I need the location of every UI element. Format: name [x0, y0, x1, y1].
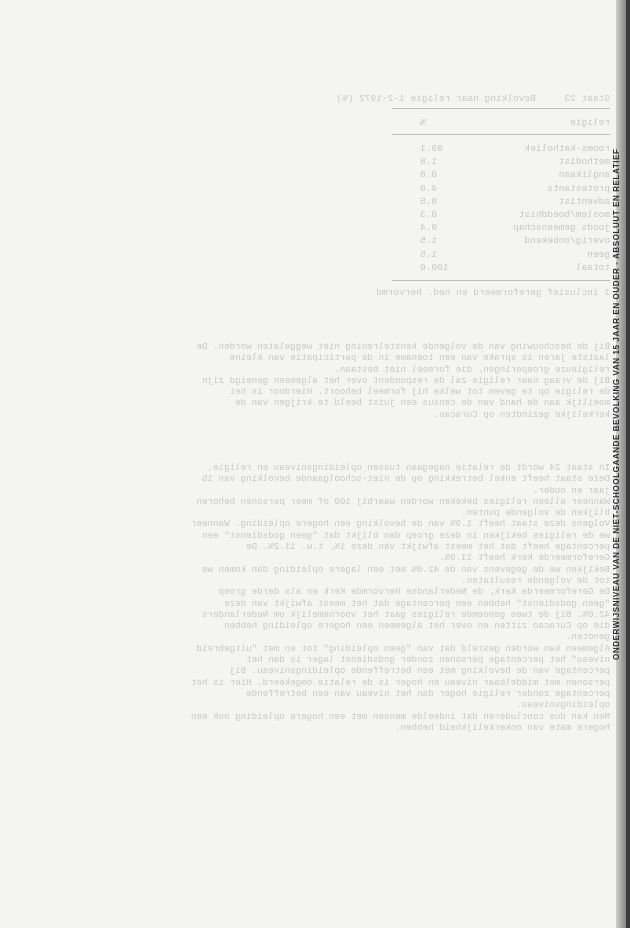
row-value: 100.0 — [420, 262, 470, 273]
table-footnote: 1 inclusief gereformeerd en ned. hervorm… — [376, 287, 610, 298]
table-row: overig/onbekend1.5 — [290, 235, 610, 247]
row-value: 4.0 — [420, 183, 470, 194]
paragraph-2: In staat 24 wordt de relatie nagegaan tu… — [190, 462, 610, 733]
table-title: Staat 23 Bevolking naar religie 1-2-1972… — [336, 93, 610, 104]
table-row: methodist1.8 — [290, 156, 610, 168]
row-value: 1.5 — [420, 235, 470, 246]
row-value: 1.8 — [420, 156, 470, 167]
table-row: protestants4.0 — [290, 183, 610, 195]
table-row: moslem/boeddhist0.3 — [290, 209, 610, 221]
row-value: 89.1 — [420, 143, 470, 154]
table-row: geen1.5 — [290, 249, 610, 261]
header-percent: % — [420, 117, 470, 128]
table-row: totaal100.0 — [290, 262, 610, 274]
row-value: 0.4 — [420, 222, 470, 233]
page-content-mirrored: Staat 23 Bevolking naar religie 1-2-1972… — [0, 0, 630, 928]
sidebar-running-title: ONDERWIJSNIVEAU VAN DE NIET-SCHOOLGAANDE… — [600, 60, 614, 660]
table-row: anglikaan0.8 — [290, 169, 610, 181]
row-label: joods gemeenschap — [513, 222, 610, 233]
row-value: 0.8 — [420, 169, 470, 180]
paragraph-1: Bij de beschouwing van de volgende kenst… — [190, 341, 610, 420]
row-value: 0.5 — [420, 196, 470, 207]
sidebar-title-text: ONDERWIJSNIVEAU VAN DE NIET-SCHOOLGAANDE… — [612, 148, 621, 660]
row-value: 0.3 — [420, 209, 470, 220]
page-binding-edge — [626, 0, 630, 928]
row-label: moslem/boeddhist — [519, 209, 610, 220]
table-row: rooms-katholiek89.1 — [290, 143, 610, 155]
table-rule-bottom — [392, 280, 610, 281]
scanned-page: Staat 23 Bevolking naar religie 1-2-1972… — [0, 0, 630, 928]
row-value: 1.5 — [420, 249, 470, 260]
table-row: joods gemeenschap0.4 — [290, 222, 610, 234]
table-row: adventist0.5 — [290, 196, 610, 208]
row-label: rooms-katholiek — [524, 143, 610, 154]
row-label: overig/onbekend — [524, 235, 610, 246]
table-header: religie % — [290, 117, 610, 129]
table-rule-top — [392, 108, 610, 109]
table-rule-header — [392, 134, 610, 135]
